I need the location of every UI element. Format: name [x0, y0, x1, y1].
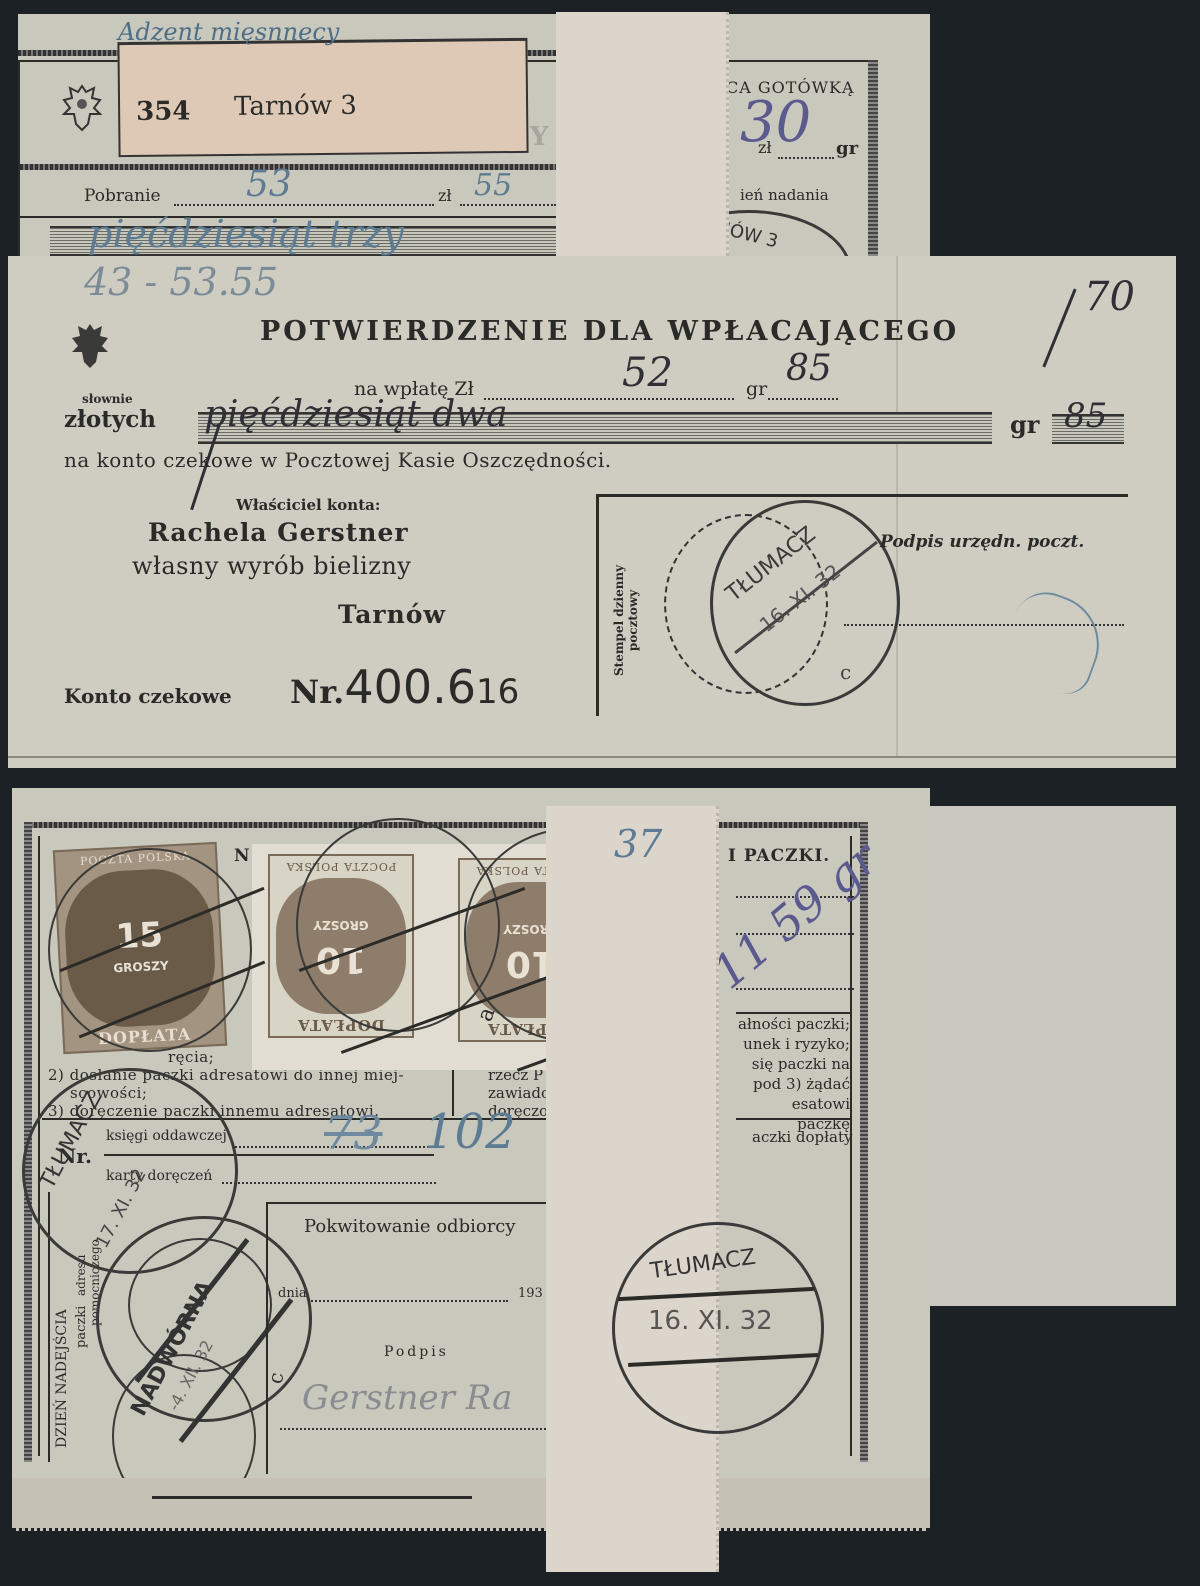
instruction-line: zawiado — [488, 1084, 550, 1102]
instructions-right: ałności paczki; unek i ryzyko; się paczk… — [738, 1014, 850, 1134]
account-label: Konto czekowe — [64, 684, 232, 708]
zlotych-label: złotych — [64, 406, 156, 433]
stamp-cancel-circle — [48, 848, 252, 1052]
handwritten-nr-struck: 73 — [324, 1106, 383, 1160]
handwritten-nr: 102 — [424, 1104, 516, 1160]
stamp-box-label: Stempel dzienny pocztowy — [612, 565, 640, 676]
polish-eagle-emblem-icon — [60, 82, 104, 132]
account-line: na konto czekowe w Pocztowej Kasie Oszcz… — [64, 448, 612, 472]
instruction-line: się paczki na — [738, 1054, 850, 1074]
amount-words: pięćdziesiąt dwa — [204, 394, 508, 435]
handwritten-tape: 37 — [614, 822, 662, 866]
instruction-line: unek i ryzyko; — [738, 1034, 850, 1054]
receipt-title: Pokwitowanie odbiorcy — [304, 1216, 516, 1237]
pobranie-words: pięćdziesiąt trzy — [88, 212, 404, 256]
account-number-tail: 16 — [476, 672, 519, 712]
receipt-card: 43 - 53.55 POTWIERDZENIE DLA WPŁACAJĄCEG… — [8, 256, 1176, 768]
receipt-title: POTWIERDZENIE DLA WPŁACAJĄCEGO — [260, 316, 959, 347]
pobranie-zl-value: 53 — [246, 164, 292, 205]
owner-name: Rachela Gerstner — [148, 518, 409, 547]
office-label-number: 354 — [136, 96, 191, 127]
dnia-label: dnia — [278, 1286, 307, 1301]
torn-bottom-edge — [12, 1478, 930, 1531]
postmark-3-date: 16. XI. 32 — [648, 1306, 773, 1336]
dzien-nadejscia-label: DZIEŃ NADEJŚCIA — [54, 1309, 70, 1448]
corner-mark: 70 — [1084, 274, 1135, 320]
signature-label: Podpis urzędn. poczt. — [880, 532, 1084, 552]
top-form-card: (z podaniem numeru nadawczego ADRES POMO… — [18, 14, 930, 264]
podpis-label: Podpis — [384, 1344, 449, 1360]
pobranie-gr-value: 55 — [474, 168, 512, 203]
handwritten-sum: 43 - 53.55 — [84, 260, 278, 304]
handwritten-top-note: Adzent mięsnnecy — [118, 18, 339, 46]
doplaty-label: aczki dopłaty — [752, 1128, 852, 1146]
gr-value: 85 — [1064, 396, 1107, 436]
account-number: Nr.400.616 — [290, 660, 519, 714]
date-label: ień nadania — [740, 186, 829, 204]
payment-zl-value: 52 — [622, 350, 673, 396]
account-number-main: 400.6 — [344, 660, 476, 714]
recipient-signature: Gerstner Ra — [302, 1378, 512, 1418]
parcel-card: N I PACZKI. ałności paczki; unek i ryzyk… — [12, 788, 930, 1528]
year-label: 193 — [518, 1286, 543, 1301]
slownie-label: słownie — [82, 392, 133, 406]
owner-city: Tarnów — [338, 600, 446, 629]
stamp-box-label-2: pocztowy — [626, 565, 640, 676]
cash-gr-label: gr — [836, 138, 858, 159]
stamp-box-label-1: Stempel dzienny — [612, 565, 626, 676]
pobranie-label: Pobranie — [84, 186, 161, 206]
owner-business: własny wyrób bielizny — [132, 552, 411, 580]
owner-label: Właściciel konta: — [236, 496, 380, 514]
header-fragment-left: N — [234, 846, 250, 866]
gr-label: gr — [1010, 410, 1039, 439]
polish-eagle-emblem-icon — [66, 320, 110, 370]
pobranie-zl-label: zł — [438, 186, 452, 205]
payment-gr-label: gr — [746, 378, 767, 400]
corner-pen-stroke — [1042, 288, 1076, 367]
office-label: 354 Tarnów 3 — [117, 38, 528, 157]
cash-handwritten: 30 — [740, 90, 811, 155]
paczki-label: paczki — [74, 1306, 89, 1348]
instruction-line: pod 3) żądać — [738, 1074, 850, 1094]
official-signature — [995, 583, 1113, 701]
payment-gr-value: 85 — [786, 348, 832, 389]
office-label-name: Tarnów 3 — [234, 91, 357, 122]
paper-tape-strip — [546, 806, 719, 1572]
paper-tape-strip — [556, 12, 729, 256]
postmark-code: c — [840, 660, 851, 684]
instruction-line: ałności paczki; — [738, 1014, 850, 1034]
right-stub — [922, 806, 1176, 1306]
account-number-prefix: Nr. — [290, 673, 344, 711]
